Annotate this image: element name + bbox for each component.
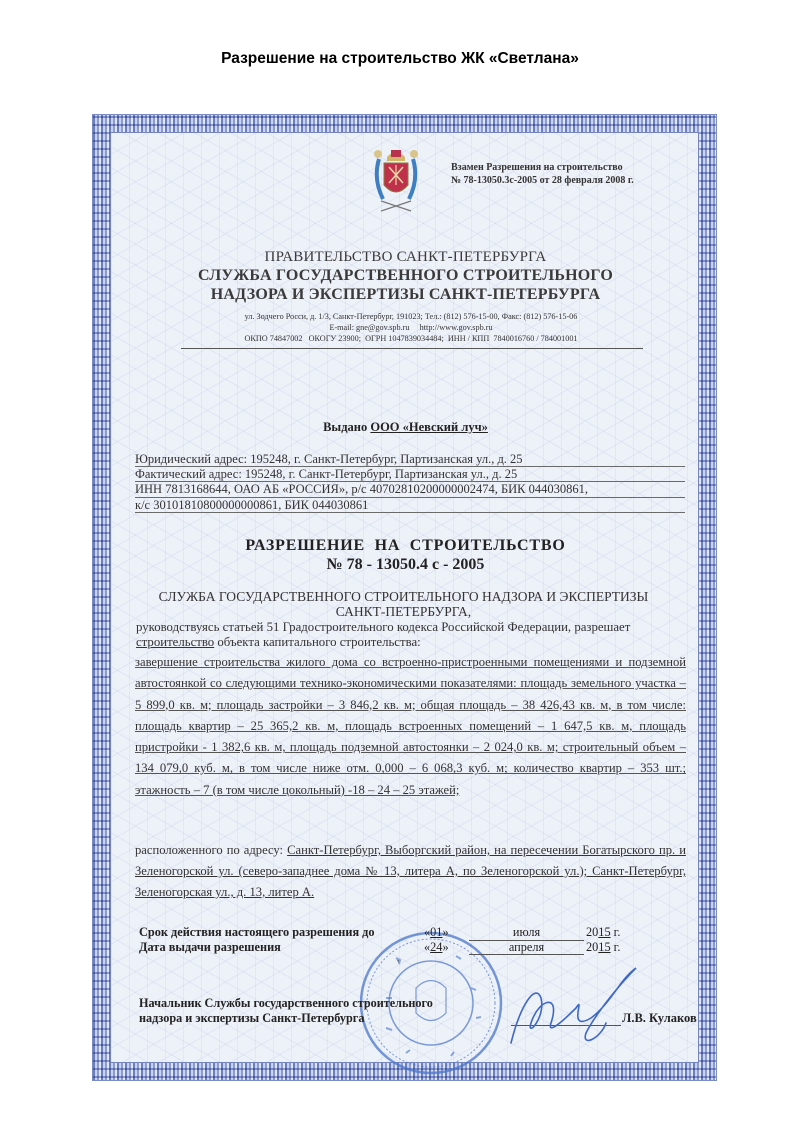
header-divider xyxy=(181,348,643,349)
validity-day-value: 01 xyxy=(430,925,442,939)
project-description: завершение строительства жилого дома со … xyxy=(135,652,686,801)
validity-row: Срок действия настоящего разрешения до «… xyxy=(139,925,679,940)
bank-details-line1: ИНН 7813168644, ОАО АБ «РОССИЯ», р/с 407… xyxy=(135,482,685,497)
issue-day-value: 24 xyxy=(430,940,442,954)
year-unit: г. xyxy=(611,940,621,954)
signatory-position-line2: надзора и экспертизы Санкт-Петербурга xyxy=(139,1011,499,1026)
service-name-line2: НАДЗОРА И ЭКСПЕРТИЗЫ САНКТ-ПЕТЕРБУРГА xyxy=(111,286,700,304)
permit-type: строительство xyxy=(136,635,214,649)
signatory-position-line1: Начальник Службы государственного строит… xyxy=(139,996,499,1011)
year-prefix: 20 xyxy=(586,925,598,939)
permit-dates: Срок действия настоящего разрешения до «… xyxy=(139,925,679,954)
issued-to-company: ООО «Невский луч» xyxy=(370,420,488,434)
authority-name: СЛУЖБА ГОСУДАРСТВЕННОГО СТРОИТЕЛЬНОГО НА… xyxy=(131,589,676,619)
legal-basis-rest: объекта капитального строительства: xyxy=(214,635,420,649)
validity-label: Срок действия настоящего разрешения до xyxy=(139,925,375,939)
government-name: ПРАВИТЕЛЬСТВО САНКТ-ПЕТЕРБУРГА xyxy=(111,249,700,266)
issue-month: апреля xyxy=(469,940,584,956)
replaces-note-line: Взамен Разрешения на строительство xyxy=(451,161,696,174)
issuer-contacts: ул. Зодчего Росси, д. 1/3, Санкт-Петербу… xyxy=(181,311,641,344)
issue-year: 2015 г. xyxy=(586,940,620,955)
project-location: расположенного по адресу: Санкт-Петербур… xyxy=(135,840,686,903)
permit-title: РАЗРЕШЕНИЕ НА СТРОИТЕЛЬСТВО xyxy=(111,537,700,555)
validity-year: 2015 г. xyxy=(586,925,620,940)
year-unit: г. xyxy=(611,925,621,939)
bank-details-line2: к/с 30101810800000000861, БИК 044030861 xyxy=(135,498,685,513)
certificate-frame: Взамен Разрешения на строительство № 78-… xyxy=(92,114,717,1081)
authority-name-line2: САНКТ-ПЕТЕРБУРГА, xyxy=(131,604,676,619)
page-title: Разрешение на строительство ЖК «Светлана… xyxy=(0,50,800,68)
replaces-permit-note: Взамен Разрешения на строительство № 78-… xyxy=(451,161,696,187)
replaces-note-line: № 78-13050.3с-2005 от 28 февраля 2008 г. xyxy=(451,174,696,187)
legal-basis: руководствуясь статьей 51 Градостроитель… xyxy=(136,620,691,650)
issue-date-label: Дата выдачи разрешения xyxy=(139,940,281,954)
validity-day: «01» xyxy=(424,925,449,940)
issue-date-row: Дата выдачи разрешения «24» апреля 2015 … xyxy=(139,940,679,955)
signature-icon xyxy=(491,963,641,1053)
legal-basis-text: руководствуясь статьей 51 Градостроитель… xyxy=(136,620,630,634)
issued-to: Выдано ООО «Невский луч» xyxy=(111,420,700,435)
issue-day: «24» xyxy=(424,940,449,955)
issuer-codes: ОКПО 74847002 ОКОГУ 23900; ОГРН 10478390… xyxy=(181,333,641,344)
issuer-address: ул. Зодчего Росси, д. 1/3, Санкт-Петербу… xyxy=(181,311,641,322)
certificate-body: Взамен Разрешения на строительство № 78-… xyxy=(110,132,699,1063)
signatory-position: Начальник Службы государственного строит… xyxy=(139,996,499,1026)
service-name-line1: СЛУЖБА ГОСУДАРСТВЕННОГО СТРОИТЕЛЬНОГО xyxy=(111,267,700,285)
coat-of-arms-icon xyxy=(371,145,421,215)
authority-name-line1: СЛУЖБА ГОСУДАРСТВЕННОГО СТРОИТЕЛЬНОГО НА… xyxy=(131,589,676,604)
signatory-name: Л.В. Кулаков xyxy=(622,1011,697,1026)
company-details: Юридический адрес: 195248, г. Санкт-Пете… xyxy=(135,452,685,513)
location-prefix: расположенного по адресу: xyxy=(135,843,287,857)
legal-address: Юридический адрес: 195248, г. Санкт-Пете… xyxy=(135,452,685,467)
year-prefix: 20 xyxy=(586,940,598,954)
year-suffix: 15 xyxy=(598,940,610,954)
issuer-web: E-mail: gne@gov.spb.ru http://www.gov.sp… xyxy=(181,322,641,333)
year-suffix: 15 xyxy=(598,925,610,939)
actual-address: Фактический адрес: 195248, г. Санкт-Пете… xyxy=(135,467,685,482)
validity-month: июля xyxy=(469,925,584,941)
permit-number: № 78 - 13050.4 с - 2005 xyxy=(111,556,700,574)
issued-to-label: Выдано xyxy=(323,420,367,434)
